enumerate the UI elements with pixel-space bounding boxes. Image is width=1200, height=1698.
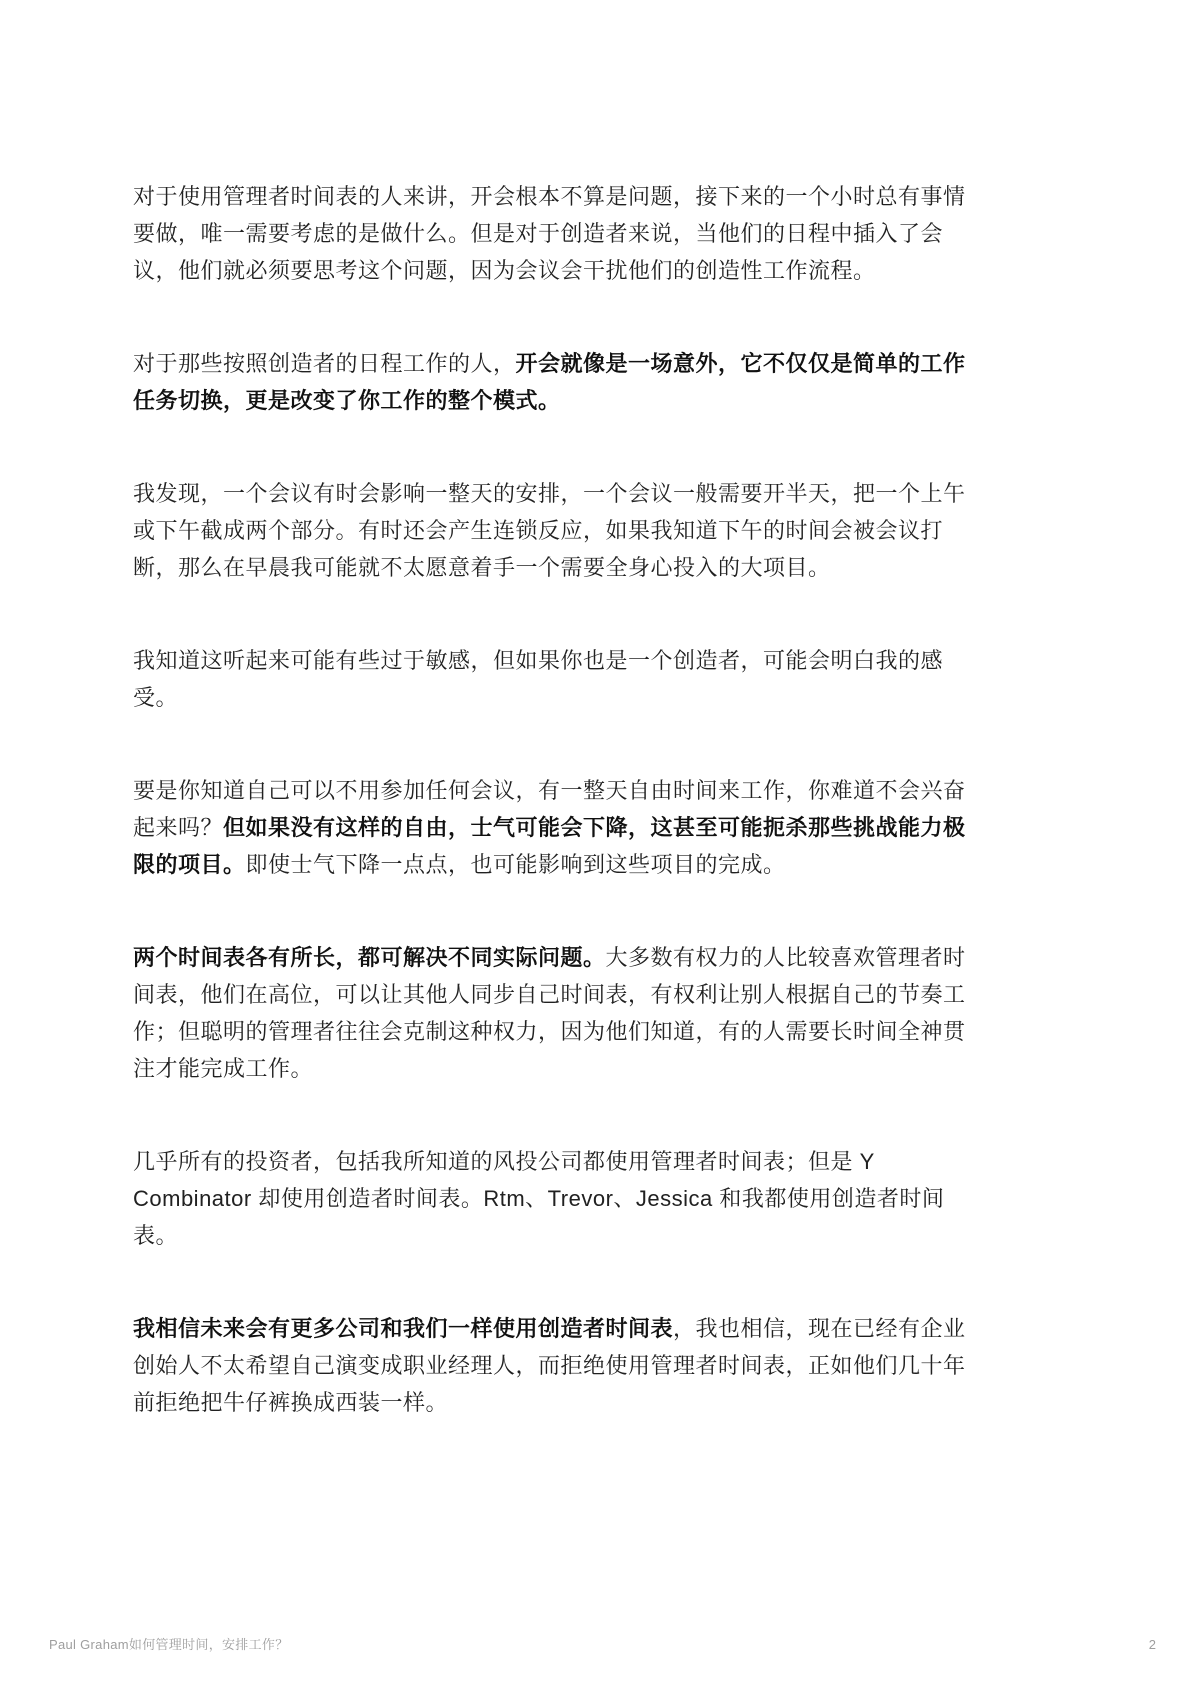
paragraph: 我知道这听起来可能有些过于敏感，但如果你也是一个创造者，可能会明白我的感受。 bbox=[133, 642, 969, 716]
paragraph-text: 我发现，一个会议有时会影响一整天的安排，一个会议一般需要开半天，把一个上午或下午… bbox=[133, 481, 966, 580]
footer-page-number: 2 bbox=[1149, 1637, 1156, 1652]
paragraph: 我发现，一个会议有时会影响一整天的安排，一个会议一般需要开半天，把一个上午或下午… bbox=[133, 475, 969, 586]
paragraph-text: 对于那些按照创造者的日程工作的人， bbox=[133, 351, 516, 376]
document-body: 对于使用管理者时间表的人来讲，开会根本不算是问题，接下来的一个小时总有事情要做，… bbox=[133, 178, 969, 1421]
paragraph: 要是你知道自己可以不用参加任何会议，有一整天自由时间来工作，你难道不会兴奋起来吗… bbox=[133, 772, 969, 883]
paragraph: 几乎所有的投资者，包括我所知道的风投公司都使用管理者时间表；但是 Y Combi… bbox=[133, 1143, 969, 1254]
page-footer: Paul Graham如何管理时间，安排工作？ 2 bbox=[49, 1634, 1156, 1653]
paragraph-text: 几乎所有的投资者，包括我所知道的风投公司都使用管理者时间表；但是 Y Combi… bbox=[133, 1149, 944, 1248]
paragraph-text: 我知道这听起来可能有些过于敏感，但如果你也是一个创造者，可能会明白我的感受。 bbox=[133, 648, 943, 710]
paragraph: 对于使用管理者时间表的人来讲，开会根本不算是问题，接下来的一个小时总有事情要做，… bbox=[133, 178, 969, 289]
paragraph-text-bold: 我相信未来会有更多公司和我们一样使用创造者时间表 bbox=[133, 1316, 673, 1341]
paragraph-text-bold: 两个时间表各有所长，都可解决不同实际问题。 bbox=[133, 945, 606, 970]
paragraph-text: 对于使用管理者时间表的人来讲，开会根本不算是问题，接下来的一个小时总有事情要做，… bbox=[133, 184, 966, 283]
paragraph: 对于那些按照创造者的日程工作的人，开会就像是一场意外，它不仅仅是简单的工作任务切… bbox=[133, 345, 969, 419]
paragraph: 我相信未来会有更多公司和我们一样使用创造者时间表，我也相信，现在已经有企业创始人… bbox=[133, 1310, 969, 1421]
paragraph-text: 即使士气下降一点点，也可能影响到这些项目的完成。 bbox=[246, 852, 786, 877]
paragraph: 两个时间表各有所长，都可解决不同实际问题。大多数有权力的人比较喜欢管理者时间表，… bbox=[133, 939, 969, 1087]
footer-document-title: Paul Graham如何管理时间，安排工作？ bbox=[49, 1634, 289, 1653]
